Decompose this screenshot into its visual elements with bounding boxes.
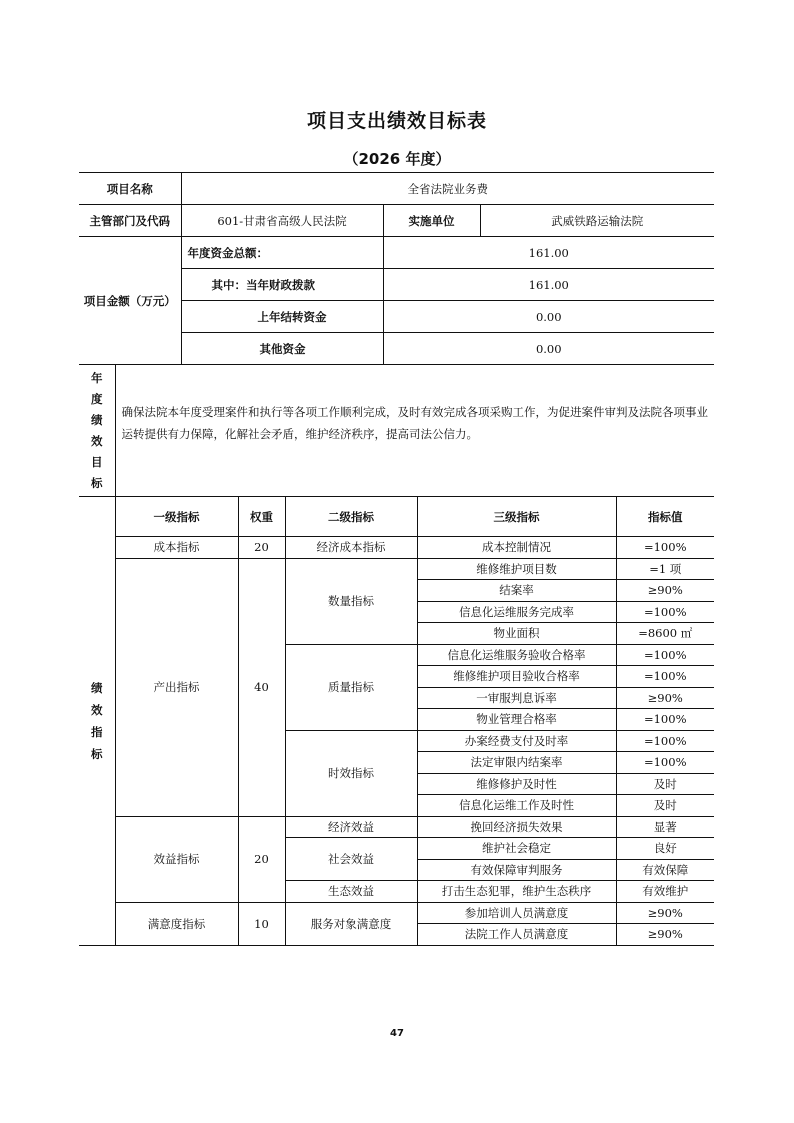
level3-cell: 挽回经济损失效果 (417, 816, 616, 838)
value-cell: 及时 (616, 773, 714, 795)
value-cell: =100% (616, 644, 714, 666)
funding-row: 项目金额（万元） 年度资金总额： 161.00 (79, 237, 714, 269)
table-row: 产出指标 40 数量指标 维修维护项目数 =1 项 (79, 558, 714, 580)
level3-cell: 法定审限内结案率 (417, 752, 616, 774)
value-cell: ≥90% (616, 902, 714, 924)
level3-cell: 信息化运维服务完成率 (417, 601, 616, 623)
funding-item-value: 0.00 (383, 301, 714, 333)
level3-cell: 法院工作人员满意度 (417, 924, 616, 946)
label-char: 绩 (81, 410, 113, 431)
level2-cell: 数量指标 (285, 558, 417, 644)
header-value: 指标值 (616, 497, 714, 537)
header-weight: 权重 (238, 497, 285, 537)
level3-cell: 物业管理合格率 (417, 709, 616, 731)
value-cell: 良好 (616, 838, 714, 860)
annual-goal-label: 年 度 绩 效 目 标 (79, 365, 115, 497)
value-cell: =100% (616, 752, 714, 774)
level1-cell: 产出指标 (115, 558, 238, 816)
label-char: 标 (81, 473, 113, 494)
value-cell: =1 项 (616, 558, 714, 580)
project-name-label: 项目名称 (79, 173, 181, 205)
level3-cell: 维修维护项目数 (417, 558, 616, 580)
label-char: 效 (81, 699, 113, 721)
label-char: 标 (81, 743, 113, 765)
level3-cell: 维修修护及时性 (417, 773, 616, 795)
annual-goal-row: 年 度 绩 效 目 标 确保法院本年度受理案件和执行等各项工作顺利完成，及时有效… (79, 365, 714, 497)
funding-item-value: 0.00 (383, 333, 714, 365)
department-value: 601-甘肃省高级人民法院 (181, 205, 383, 237)
value-cell: ≥90% (616, 580, 714, 602)
level3-cell: 办案经费支付及时率 (417, 730, 616, 752)
project-name-value: 全省法院业务费 (181, 173, 714, 205)
value-cell: =100% (616, 601, 714, 623)
value-cell: =100% (616, 666, 714, 688)
level3-cell: 物业面积 (417, 623, 616, 645)
header-level3: 三级指标 (417, 497, 616, 537)
indicators-header-row: 绩 效 指 标 一级指标 权重 二级指标 三级指标 指标值 (79, 497, 714, 537)
level1-cell: 满意度指标 (115, 902, 238, 945)
level2-cell: 质量指标 (285, 644, 417, 730)
level3-cell: 信息化运维工作及时性 (417, 795, 616, 817)
level3-cell: 维护社会稳定 (417, 838, 616, 860)
level3-cell: 成本控制情况 (417, 537, 616, 559)
implementer-value: 武威铁路运输法院 (480, 205, 714, 237)
document-year: （2026 年度） (0, 148, 794, 169)
level3-cell: 维修维护项目验收合格率 (417, 666, 616, 688)
weight-cell: 20 (238, 537, 285, 559)
label-char: 效 (81, 431, 113, 452)
indicators-table: 绩 效 指 标 一级指标 权重 二级指标 三级指标 指标值 成本指标 20 经济… (79, 496, 714, 946)
value-cell: 显著 (616, 816, 714, 838)
document-title: 项目支出绩效目标表 (0, 106, 794, 133)
label-char: 度 (81, 389, 113, 410)
value-cell: ≥90% (616, 687, 714, 709)
weight-cell: 10 (238, 902, 285, 945)
value-cell: ≥90% (616, 924, 714, 946)
funding-item-label: 其中：当年财政拨款 (181, 269, 383, 301)
annual-goal-text: 确保法院本年度受理案件和执行等各项工作顺利完成，及时有效完成各项采购工作，为促进… (115, 365, 714, 497)
value-cell: 及时 (616, 795, 714, 817)
page-number: 47 (0, 1028, 794, 1039)
level2-cell: 服务对象满意度 (285, 902, 417, 945)
basic-info-table: 项目名称 全省法院业务费 主管部门及代码 601-甘肃省高级人民法院 实施单位 … (79, 172, 714, 365)
level2-cell: 经济成本指标 (285, 537, 417, 559)
value-cell: =100% (616, 730, 714, 752)
label-char: 目 (81, 452, 113, 473)
value-cell: =8600 ㎡ (616, 623, 714, 645)
value-cell: =100% (616, 537, 714, 559)
level2-cell: 经济效益 (285, 816, 417, 838)
project-name-row: 项目名称 全省法院业务费 (79, 173, 714, 205)
level3-cell: 参加培训人员满意度 (417, 902, 616, 924)
header-level1: 一级指标 (115, 497, 238, 537)
label-char: 指 (81, 721, 113, 743)
funding-item-label: 其他资金 (181, 333, 383, 365)
funding-label: 项目金额（万元） (79, 237, 181, 365)
table-row: 满意度指标 10 服务对象满意度 参加培训人员满意度 ≥90% (79, 902, 714, 924)
funding-item-value: 161.00 (383, 269, 714, 301)
level1-cell: 成本指标 (115, 537, 238, 559)
label-char: 年 (81, 368, 113, 389)
level2-cell: 社会效益 (285, 838, 417, 881)
level3-cell: 有效保障审判服务 (417, 859, 616, 881)
indicators-label: 绩 效 指 标 (79, 497, 115, 946)
funding-item-value: 161.00 (383, 237, 714, 269)
department-label: 主管部门及代码 (79, 205, 181, 237)
table-row: 成本指标 20 经济成本指标 成本控制情况 =100% (79, 537, 714, 559)
implementer-label: 实施单位 (383, 205, 480, 237)
label-char: 绩 (81, 677, 113, 699)
header-level2: 二级指标 (285, 497, 417, 537)
funding-item-label: 上年结转资金 (181, 301, 383, 333)
value-cell: 有效保障 (616, 859, 714, 881)
value-cell: 有效维护 (616, 881, 714, 903)
table-row: 效益指标 20 经济效益 挽回经济损失效果 显著 (79, 816, 714, 838)
level1-cell: 效益指标 (115, 816, 238, 902)
department-row: 主管部门及代码 601-甘肃省高级人民法院 实施单位 武威铁路运输法院 (79, 205, 714, 237)
funding-item-label: 年度资金总额： (181, 237, 383, 269)
level2-cell: 时效指标 (285, 730, 417, 816)
level3-cell: 结案率 (417, 580, 616, 602)
weight-cell: 20 (238, 816, 285, 902)
value-cell: =100% (616, 709, 714, 731)
annual-goal-table: 年 度 绩 效 目 标 确保法院本年度受理案件和执行等各项工作顺利完成，及时有效… (79, 364, 714, 497)
weight-cell: 40 (238, 558, 285, 816)
level3-cell: 信息化运维服务验收合格率 (417, 644, 616, 666)
level2-cell: 生态效益 (285, 881, 417, 903)
level3-cell: 打击生态犯罪，维护生态秩序 (417, 881, 616, 903)
level3-cell: 一审服判息诉率 (417, 687, 616, 709)
